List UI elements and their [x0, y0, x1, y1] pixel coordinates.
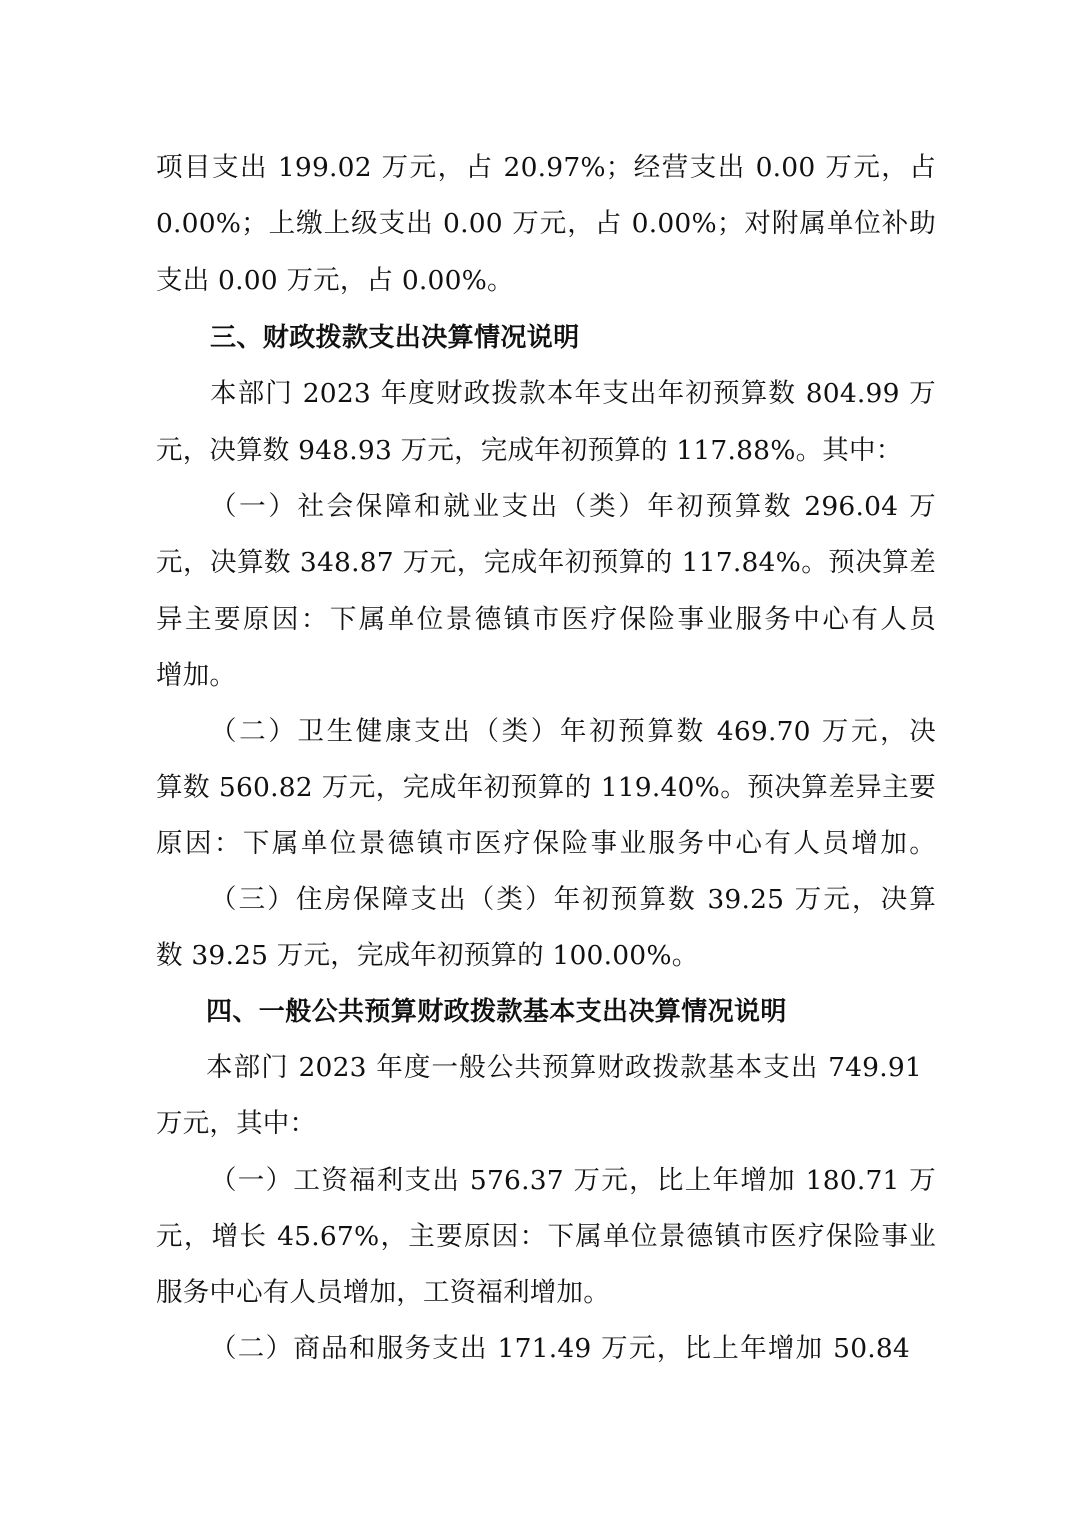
paragraph-line: 本部门 2023 年度一般公共预算财政拨款基本支出 749.91	[206, 1048, 922, 1088]
paragraph-line: 元，决算数 348.87 万元，完成年初预算的 117.84%。预决算差	[156, 543, 936, 583]
section-heading-4: 四、一般公共预算财政拨款基本支出决算情况说明	[206, 992, 932, 1032]
paragraph-line: 增加。	[156, 656, 936, 696]
section-heading-3: 三、财政拨款支出决算情况说明	[210, 318, 936, 358]
paragraph-line: 元，增长 45.67%，主要原因：下属单位景德镇市医疗保险事业	[156, 1217, 936, 1257]
paragraph-line: 元，决算数 948.93 万元，完成年初预算的 117.88%。其中：	[156, 431, 936, 471]
paragraph-line: 原因：下属单位景德镇市医疗保险事业服务中心有人员增加。	[156, 824, 936, 864]
document-page: 项目支出 199.02 万元，占 20.97%；经营支出 0.00 万元，占 0…	[0, 0, 1072, 1514]
paragraph-line: （三）住房保障支出（类）年初预算数 39.25 万元，决算	[210, 880, 936, 920]
paragraph-line: 异主要原因：下属单位景德镇市医疗保险事业服务中心有人员	[156, 600, 936, 640]
paragraph-line: 服务中心有人员增加，工资福利增加。	[156, 1273, 936, 1313]
paragraph-line: （二）卫生健康支出（类）年初预算数 469.70 万元，决	[210, 712, 936, 752]
paragraph-line: 0.00%；上缴上级支出 0.00 万元，占 0.00%；对附属单位补助	[156, 204, 936, 244]
paragraph-line: 项目支出 199.02 万元，占 20.97%；经营支出 0.00 万元，占	[156, 148, 936, 188]
paragraph-line: 万元，其中：	[156, 1104, 936, 1144]
paragraph-line: 本部门 2023 年度财政拨款本年支出年初预算数 804.99 万	[210, 374, 936, 414]
paragraph-line: （一）社会保障和就业支出（类）年初预算数 296.04 万	[210, 487, 936, 527]
paragraph-line: 算数 560.82 万元，完成年初预算的 119.40%。预决算差异主要	[156, 768, 936, 808]
paragraph-line: （二）商品和服务支出 171.49 万元，比上年增加 50.84	[210, 1329, 910, 1369]
paragraph-line: 数 39.25 万元，完成年初预算的 100.00%。	[156, 936, 936, 976]
paragraph-line: （一）工资福利支出 576.37 万元，比上年增加 180.71 万	[210, 1161, 936, 1201]
paragraph-line: 支出 0.00 万元，占 0.00%。	[156, 261, 936, 301]
